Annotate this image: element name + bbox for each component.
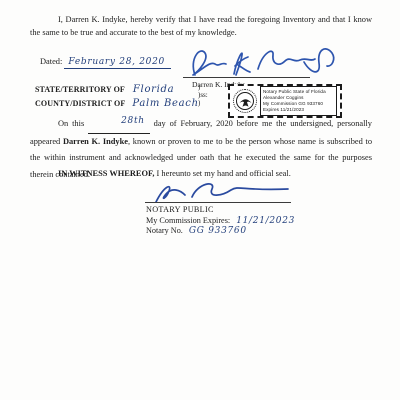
dated-handwritten-value: February 28, 2020 (64, 57, 171, 69)
ss-marker: )ss: (198, 91, 208, 99)
dated-label: Dated: (40, 57, 62, 66)
ack-prefix: On this (58, 119, 84, 128)
commission-expires-row: My Commission Expires: 11/21/2023 (146, 216, 295, 227)
paren-top: ) (198, 83, 208, 91)
notary-number-label: Notary No. (146, 226, 183, 235)
notary-stamp: Notary Public State of Florida Alexander… (228, 84, 342, 118)
signer-signature-line (183, 77, 310, 78)
witness-line: IN WITNESS WHEREOF, I hereunto set my ha… (30, 169, 372, 178)
notary-number-value: GG 933760 (189, 226, 247, 236)
notary-signature-line (145, 202, 291, 203)
witness-bold: IN WITNESS WHEREOF, (58, 169, 154, 178)
day-blank-line: 28th (88, 116, 150, 134)
county-district-label: COUNTY/DISTRICT OF (35, 99, 125, 108)
document-page: I, Darren K. Indyke, hereby verify that … (0, 0, 400, 400)
ack-appearer-name: Darren K. Indyke (63, 137, 128, 146)
day-handwritten-value: 28th (121, 116, 145, 126)
notary-title: NOTARY PUBLIC (146, 205, 295, 216)
witness-rest: I hereunto set my hand and official seal… (154, 169, 290, 178)
state-seal-icon (233, 89, 257, 113)
commission-expires-value: 11/21/2023 (236, 216, 295, 226)
state-handwritten-value: Florida (133, 84, 174, 95)
state-territory-label: STATE/TERRITORY OF (35, 85, 125, 94)
notary-number-row: Notary No. GG 933760 (146, 226, 295, 237)
commission-expires-label: My Commission Expires: (146, 216, 230, 225)
eagle-icon (238, 94, 253, 109)
notary-block: NOTARY PUBLIC My Commission Expires: 11/… (146, 205, 295, 237)
stamp-line-4: Expires 11/21/2023 (263, 107, 334, 113)
verification-paragraph: I, Darren K. Indyke, hereby verify that … (30, 13, 372, 39)
stamp-text-box: Notary Public State of Florida Alexander… (260, 86, 337, 115)
dated-line: Dated: February 28, 2020 (40, 57, 171, 67)
state-territory-row: STATE/TERRITORY OF Florida (35, 84, 199, 98)
signer-signature (183, 40, 345, 82)
paren-bottom: ) (198, 99, 208, 107)
ss-bracket: ) )ss: ) (198, 83, 208, 107)
county-handwritten-value: Palm Beach (132, 98, 198, 109)
venue-block: STATE/TERRITORY OF Florida COUNTY/DISTRI… (35, 84, 199, 112)
county-district-row: COUNTY/DISTRICT OF Palm Beach (35, 98, 199, 112)
